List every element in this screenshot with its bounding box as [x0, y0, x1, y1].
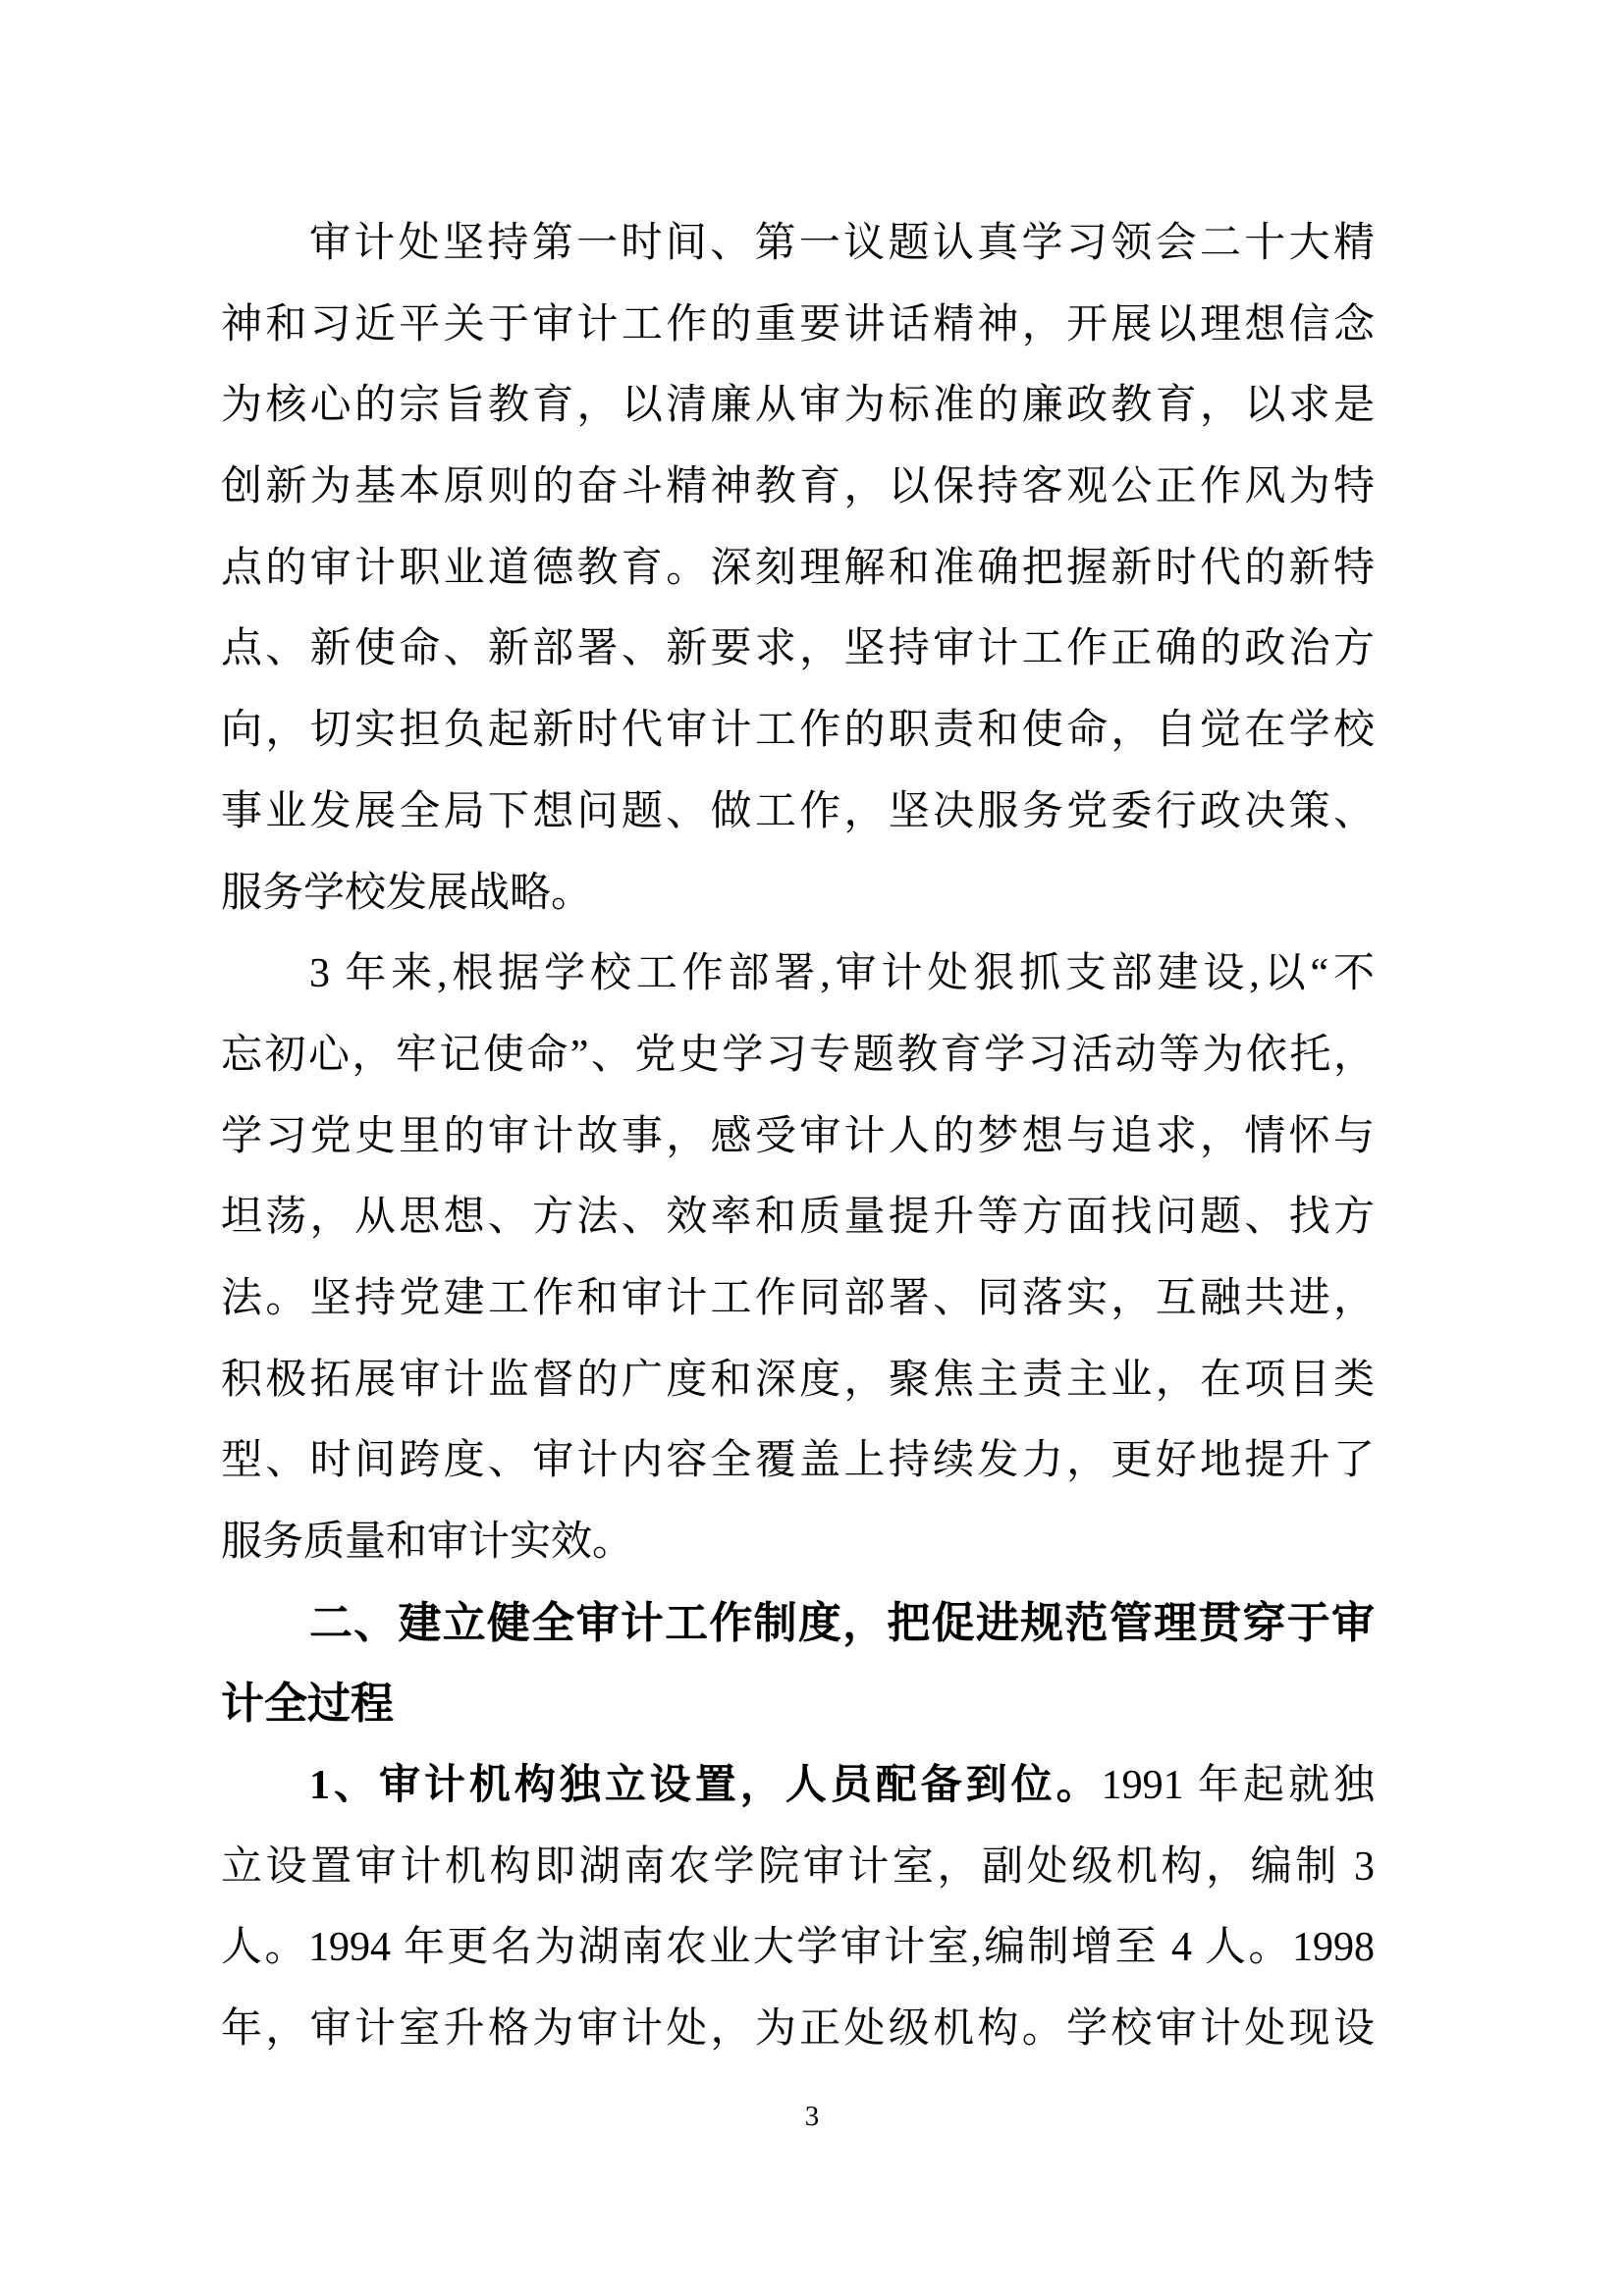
body-line: 事业发展全局下想问题、做工作，坚决服务党委行政决策、: [221, 772, 1375, 853]
section-heading-line: 计全过程: [221, 1664, 1375, 1745]
body-line: 点的审计职业道德教育。深刻理解和准确把握新时代的新特: [221, 528, 1375, 610]
document-page: 审计处坚持第一时间、第一议题认真学习领会二十大精 神和习近平关于审计工作的重要讲…: [0, 0, 1624, 2296]
body-line: 3 年来,根据学校工作部署,审计处狠抓支部建设,以“不: [221, 934, 1375, 1015]
body-line: 年，审计室升格为审计处，为正处级机构。学校审计处现设: [221, 1989, 1375, 2070]
body-line: 创新为基本原则的奋斗精神教育，以保持客观公正作风为特: [221, 447, 1375, 528]
body-line: 为核心的宗旨教育，以清廉从审为标准的廉政教育，以求是: [221, 365, 1375, 447]
body-line: 法。坚持党建工作和审计工作同部署、同落实，互融共进，: [221, 1258, 1375, 1340]
numbered-point-lead: 1、审计机构独立设置，人员配备到位。: [309, 1763, 1102, 1808]
section-heading-line: 二、建立健全审计工作制度，把促进规范管理贯穿于审: [221, 1583, 1375, 1665]
body-line: 服务质量和审计实效。: [221, 1502, 1375, 1583]
numbered-point-rest: 1991 年起就独: [1102, 1763, 1375, 1808]
body-line: 学习党史里的审计故事，感受审计人的梦想与追求，情怀与: [221, 1096, 1375, 1178]
page-number: 3: [0, 2097, 1624, 2136]
body-line: 1、审计机构独立设置，人员配备到位。1991 年起就独: [221, 1745, 1375, 1827]
body-line: 点、新使命、新部署、新要求，坚持审计工作正确的政治方: [221, 609, 1375, 690]
body-line: 立设置审计机构即湖南农学院审计室，副处级机构，编制 3: [221, 1827, 1375, 1908]
text-block: 审计处坚持第一时间、第一议题认真学习领会二十大精 神和习近平关于审计工作的重要讲…: [221, 203, 1375, 2070]
body-line: 人。1994 年更名为湖南农业大学审计室,编制增至 4 人。1998: [221, 1907, 1375, 1989]
body-line: 型、时间跨度、审计内容全覆盖上持续发力，更好地提升了: [221, 1420, 1375, 1502]
body-line: 坦荡，从思想、方法、效率和质量提升等方面找问题、找方: [221, 1177, 1375, 1258]
body-line: 服务学校发展战略。: [221, 853, 1375, 934]
body-line: 忘初心，牢记使命”、党史学习专题教育学习活动等为依托，: [221, 1015, 1375, 1096]
body-line: 神和习近平关于审计工作的重要讲话精神，开展以理想信念: [221, 285, 1375, 366]
body-line: 向，切实担负起新时代审计工作的职责和使命，自觉在学校: [221, 690, 1375, 772]
body-line: 积极拓展审计监督的广度和深度，聚焦主责主业，在项目类: [221, 1340, 1375, 1421]
body-line: 审计处坚持第一时间、第一议题认真学习领会二十大精: [221, 203, 1375, 285]
